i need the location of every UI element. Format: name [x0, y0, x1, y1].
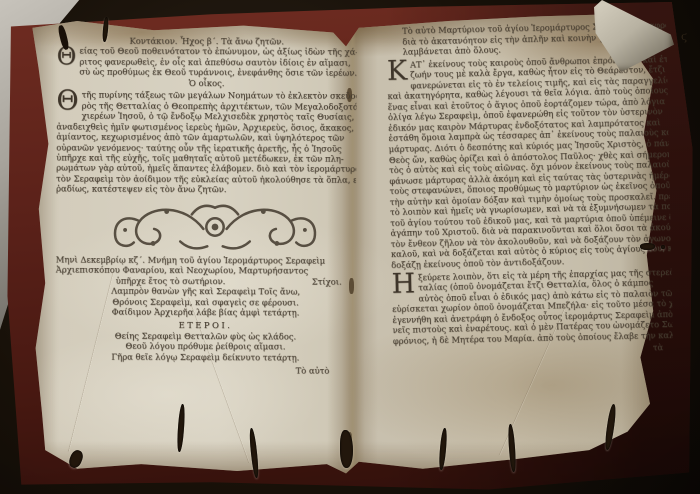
verse-block: Λαμπρὸν θανὼν γῆς καὶ Σεραφεὶμ Τοῖς ἄνω,…	[56, 286, 356, 319]
drop-cap-kappa: Κ	[387, 59, 411, 83]
drop-cap-theta-2: Θ	[56, 90, 81, 113]
floral-ornament	[96, 198, 334, 256]
edge-slit	[640, 243, 655, 250]
text-line: Ἀρχιεπισκόπου Φαναρίου, καὶ Νεοχωρίου, Μ…	[56, 265, 356, 277]
martyrion-lines-1: ΑΤ᾽ ἐκείνους τοὺς καιροὺς ὁποῦ ἄνθρωποι …	[387, 54, 672, 271]
right-page-text: Τὸ αὐτὸ Μαρτύριον τοῦ ἁγίου Ἱερομάρτυρος…	[386, 20, 674, 404]
text-line: ῥαδίως, κατέστεψεν εἰς τὸν ἄνω ζητῶν.	[56, 184, 356, 196]
text-line: σὺ ὡς προθύμως ἐκ Θεοῦ τυράννοις, ἐνεφάν…	[57, 67, 357, 79]
text-line: χιερέων Ἰησοῦ, ὁ τῷ ἔνδοξῳ Μελχισεδὲκ χρ…	[56, 111, 356, 123]
left-catchword: Τὸ αὐτὸ	[55, 365, 355, 377]
text-line: Γῆρα θεῖε λόγῳ Σεραφεὶμ δείκνυτο τετάρτῃ…	[55, 351, 355, 363]
martyrion-lines-2: ξεύρετε λοιπὸν, ὅτι εἰς τὰ μέρη τῆς ἐπαρ…	[391, 266, 673, 346]
kontakion-lines: είας τοῦ Θεοῦ ποθεινότατον τὸ ἐπώνυμον, …	[57, 46, 357, 79]
edge-dot	[661, 245, 665, 249]
drop-cap-eta: Η	[391, 272, 418, 296]
synaxarion-paragraph: Μηνὶ Δεκεμβρίῳ κζ΄. Μνήμη τοῦ ἁγίου Ἱερο…	[56, 254, 356, 287]
folio-mark: ϛ	[681, 30, 687, 43]
verse-block-2: Θείης Σεραφεὶμ Θετταλῶν φὺς ὡς κλάδος.Θε…	[55, 330, 355, 363]
kontakion-paragraph: Θ είας τοῦ Θεοῦ ποθεινότατον τὸ ἐπώνυμον…	[57, 46, 357, 79]
oikos-lines: τῆς πυρίνης τάξεως τῶν μεγάλων Νοημάτων …	[56, 90, 356, 196]
text-line: ἀμίαντος, κεχωρισμένος ἀπὸ τῶν ἁμαρτωλῶν…	[56, 131, 356, 143]
text-line: Φαίδιμον Ἀρχιερῆα λάβε βίας ἀμφὶ τετάρτῃ…	[56, 306, 356, 318]
stichoi-label: Στίχοι.	[312, 276, 342, 287]
martyrion-paragraph-2: Η ξεύρετε λοιπὸν, ὅτι εἰς τὰ μέρη τῆς ἐπ…	[391, 266, 673, 346]
oikos-paragraph: Θ τῆς πυρίνης τάξεως τῶν μεγάλων Νοημάτω…	[56, 90, 356, 196]
photo-of-open-book: Κοντάκιον. Ἦχος β΄. Τὰ ἄνω ζητῶν. Θ είας…	[0, 0, 700, 494]
eteroi-heading: ΕΤΕΡΟΙ.	[55, 319, 355, 331]
synaxarion-lines: Μηνὶ Δεκεμβρίῳ κζ΄. Μνήμη τοῦ ἁγίου Ἱερο…	[56, 254, 356, 276]
binding-thread-knot	[340, 430, 353, 468]
synaxarion-date: ὑπῆρχε ἔτος τὸ σωτήριον.	[116, 275, 226, 286]
martyrion-paragraph-1: Κ ΑΤ᾽ ἐκείνους τοὺς καιροὺς ὁποῦ ἄνθρωπο…	[387, 54, 672, 271]
